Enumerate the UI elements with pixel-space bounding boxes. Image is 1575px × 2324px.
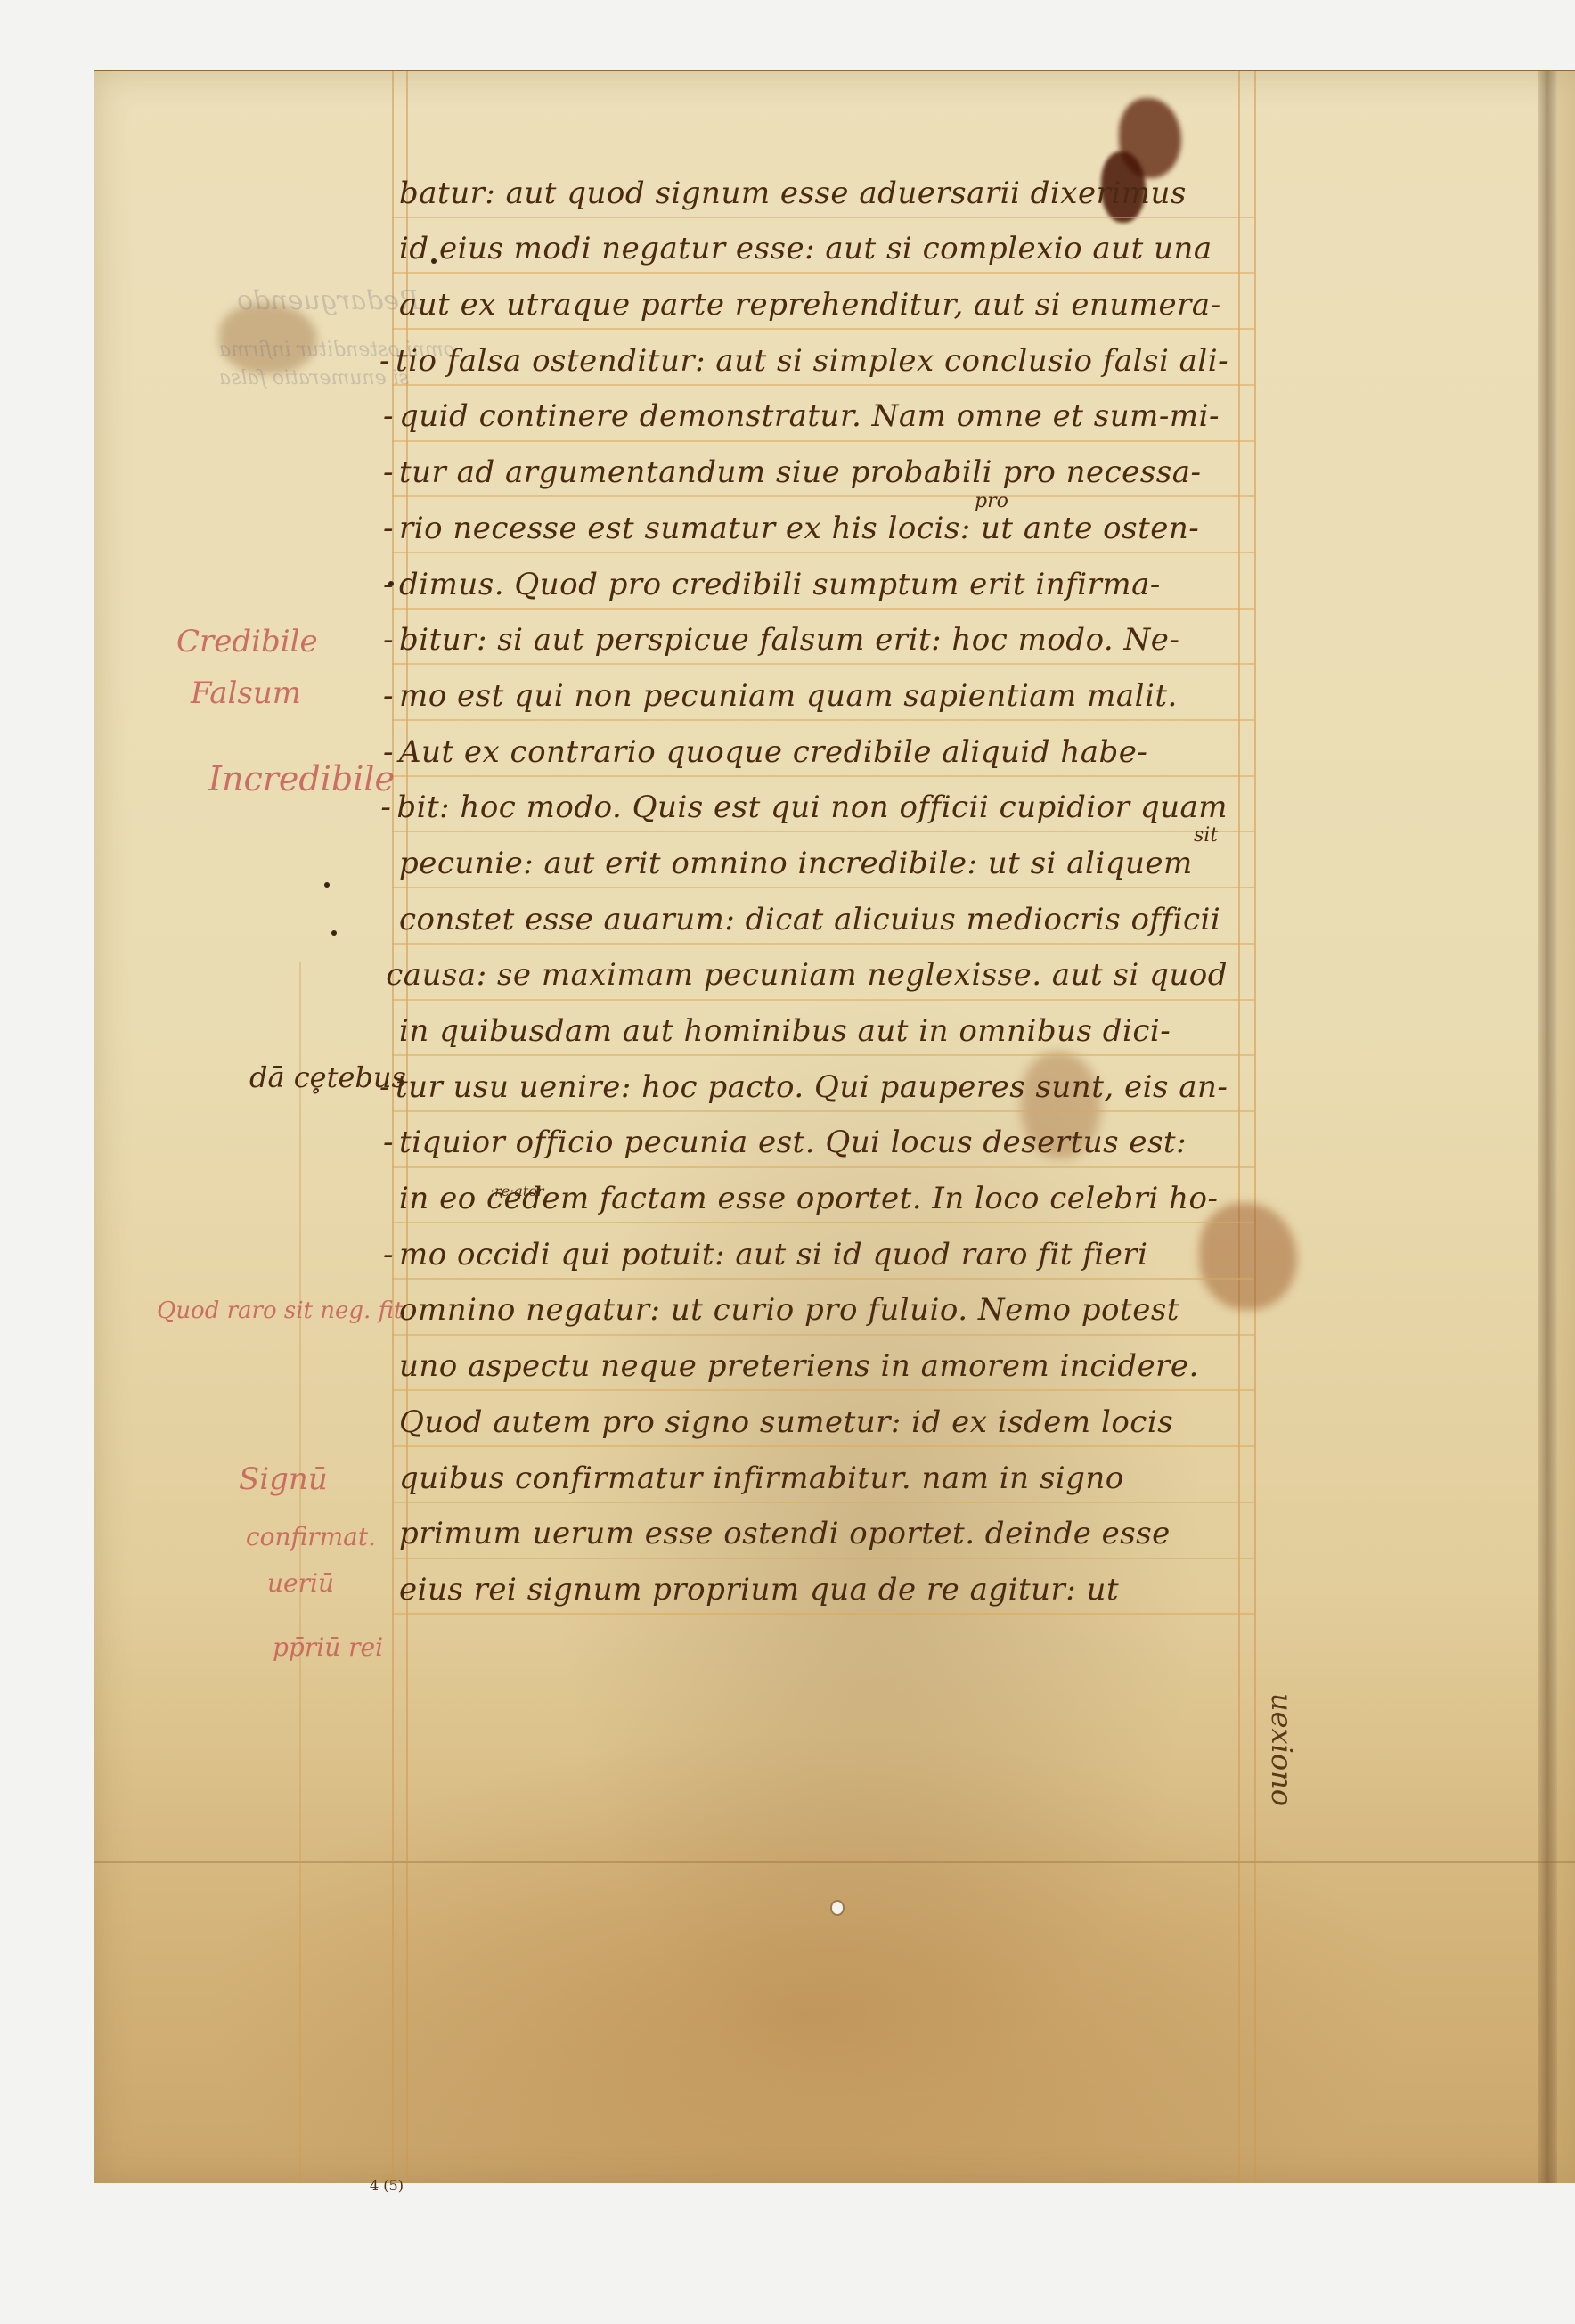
ruling-line-right bbox=[1238, 71, 1240, 2183]
text-line: -dimus. Quod pro credibili sumptum erit … bbox=[399, 555, 1228, 611]
margin-rubric-incredibile: Incredibile bbox=[208, 759, 395, 798]
text-line-content: in quibusdam aut hominibus aut in omnibu… bbox=[399, 1013, 1171, 1049]
sewing-hole bbox=[830, 1900, 845, 1916]
text-line: -Aut ex contrario quoque credibile aliqu… bbox=[399, 723, 1228, 779]
margin-rubric-signum: Signū bbox=[239, 1461, 328, 1497]
text-line-content: id eius modi negatur esse: aut si comple… bbox=[399, 231, 1212, 266]
interlinear-gloss: pro bbox=[975, 490, 1008, 512]
text-line-content: tiquior officio pecunia est. Qui locus d… bbox=[399, 1125, 1187, 1160]
line-hyphen-mark: - bbox=[379, 398, 394, 434]
text-line-content: omnino negatur: ut curio pro fuluio. Nem… bbox=[399, 1292, 1179, 1328]
main-text-block: batur: aut quod signum esse aduersarii d… bbox=[399, 164, 1228, 1616]
interlinear-gloss: sit bbox=[1194, 824, 1218, 847]
text-line: -quid continere demonstratur. Nam omne e… bbox=[399, 388, 1228, 444]
vertical-signature: uexiono bbox=[1265, 1693, 1299, 1806]
text-line: constet esse auarum: dicat alicuius medi… bbox=[399, 890, 1228, 946]
text-line-content: pecunie: aut erit omnino incredibile: ut… bbox=[399, 846, 1193, 881]
text-line: in quibusdam aut hominibus aut in omnibu… bbox=[399, 1002, 1228, 1058]
margin-note-correction: dā ce̥tebus bbox=[249, 1060, 406, 1094]
ruling-line-right-outer bbox=[1254, 71, 1256, 2183]
text-line-content: Aut ex contrario quoque credibile aliqui… bbox=[399, 734, 1147, 770]
margin-rubric-confirmat: confirmat. bbox=[246, 1522, 376, 1551]
text-line-content: eius rei signum proprium qua de re agitu… bbox=[399, 1572, 1119, 1608]
margin-dot bbox=[331, 930, 337, 936]
text-line-content: rio necesse est sumatur ex his locis: ut… bbox=[399, 511, 1199, 546]
text-line: omnino negatur: ut curio pro fuluio. Nem… bbox=[399, 1281, 1228, 1338]
text-line-content: tur ad argumentandum siue probabili pro … bbox=[399, 454, 1201, 490]
text-line: -mo occidi qui potuit: aut si id quod ra… bbox=[399, 1225, 1228, 1281]
binding-gutter bbox=[1538, 71, 1557, 2183]
text-line-content: dimus. Quod pro credibili sumptum erit i… bbox=[399, 567, 1161, 602]
text-line: aut ex utraque parte reprehenditur, aut … bbox=[399, 275, 1228, 331]
text-line-content: bitur: si aut perspicue falsum erit: hoc… bbox=[399, 622, 1179, 658]
text-line-content: causa: se maximam pecuniam neglexisse. a… bbox=[386, 957, 1228, 993]
text-line: -tur usu uenire: hoc pacto. Qui pauperes… bbox=[399, 1058, 1228, 1114]
text-line-content: uno aspectu neque preteriens in amorem i… bbox=[399, 1348, 1199, 1384]
conjugate-leaf-edge bbox=[1557, 71, 1575, 2183]
text-line-content: bit: hoc modo. Quis est qui non officii … bbox=[396, 790, 1228, 825]
text-line: -tur ad argumentandum siue probabili pro… bbox=[399, 443, 1228, 499]
interlinear-gloss: ·re·ator bbox=[490, 1182, 544, 1199]
text-line: pecunie: aut erit omnino incredibile: ut… bbox=[399, 834, 1228, 890]
line-hyphen-mark: - bbox=[379, 1125, 394, 1160]
fold-crease bbox=[94, 1861, 1575, 1863]
line-hyphen-mark: - bbox=[379, 343, 390, 379]
line-hyphen-mark: - bbox=[379, 622, 394, 658]
text-line: -tio falsa ostenditur: aut si simplex co… bbox=[399, 331, 1228, 388]
text-line-content: Quod autem pro signo sumetur: id ex isde… bbox=[399, 1404, 1173, 1440]
text-line-content: quid continere demonstratur. Nam omne et… bbox=[399, 398, 1220, 434]
text-line: eius rei signum proprium qua de re agitu… bbox=[399, 1560, 1228, 1616]
text-line: id eius modi negatur esse: aut si comple… bbox=[399, 220, 1228, 276]
text-line: -tiquior officio pecunia est. Qui locus … bbox=[399, 1114, 1228, 1170]
text-line: -rio necesse est sumatur ex his locis: u… bbox=[399, 499, 1228, 555]
text-line-content: tio falsa ostenditur: aut si simplex con… bbox=[396, 343, 1228, 379]
text-line: quibus confirmatur infirmabitur. nam in … bbox=[399, 1449, 1228, 1505]
text-line: -bit: hoc modo. Quis est qui non officii… bbox=[399, 779, 1228, 835]
text-line-content: mo occidi qui potuit: aut si id quod rar… bbox=[399, 1237, 1147, 1272]
line-hyphen-mark: - bbox=[379, 1237, 394, 1272]
text-line-content: aut ex utraque parte reprehenditur, aut … bbox=[399, 287, 1221, 323]
text-line-content: mo est qui non pecuniam quam sapientiam … bbox=[399, 678, 1178, 714]
line-hyphen-mark: - bbox=[379, 567, 394, 602]
show-through-text: Redarguendo bbox=[237, 285, 420, 316]
margin-rubric-falsum: Falsum bbox=[191, 675, 301, 711]
text-line: uno aspectu neque preteriens in amorem i… bbox=[399, 1337, 1228, 1393]
text-line-content: tur usu uenire: hoc pacto. Qui pauperes … bbox=[396, 1069, 1228, 1105]
line-hyphen-mark: - bbox=[379, 511, 394, 546]
text-line: -mo est qui non pecuniam quam sapientiam… bbox=[399, 667, 1228, 723]
text-line: batur: aut quod signum esse aduersarii d… bbox=[399, 164, 1228, 220]
text-line-content: primum uerum esse ostendi oportet. deind… bbox=[399, 1516, 1171, 1551]
text-line: causa: se maximam pecuniam neglexisse. a… bbox=[399, 946, 1228, 1002]
text-line-content: batur: aut quod signum esse aduersarii d… bbox=[399, 176, 1187, 211]
text-line: -bitur: si aut perspicue falsum erit: ho… bbox=[399, 611, 1228, 667]
line-hyphen-mark: - bbox=[379, 678, 394, 714]
line-hyphen-mark: - bbox=[379, 454, 394, 490]
text-line-content: quibus confirmatur infirmabitur. nam in … bbox=[399, 1461, 1124, 1496]
text-line: primum uerum esse ostendi oportet. deind… bbox=[399, 1505, 1228, 1561]
text-line: Quod autem pro signo sumetur: id ex isde… bbox=[399, 1393, 1228, 1449]
margin-rubric-raro: Quod raro sit neg. fit bbox=[157, 1297, 403, 1324]
margin-rubric-credibile: Credibile bbox=[176, 624, 318, 659]
text-line-content: constet esse auarum: dicat alicuius medi… bbox=[399, 902, 1220, 937]
folio-mark: 4 (5) bbox=[370, 2177, 404, 2194]
margin-dot bbox=[324, 882, 330, 888]
margin-rubric-uerum: ueriū bbox=[267, 1568, 334, 1598]
margin-rubric-proprium: pp̄riū rei bbox=[273, 1633, 383, 1662]
